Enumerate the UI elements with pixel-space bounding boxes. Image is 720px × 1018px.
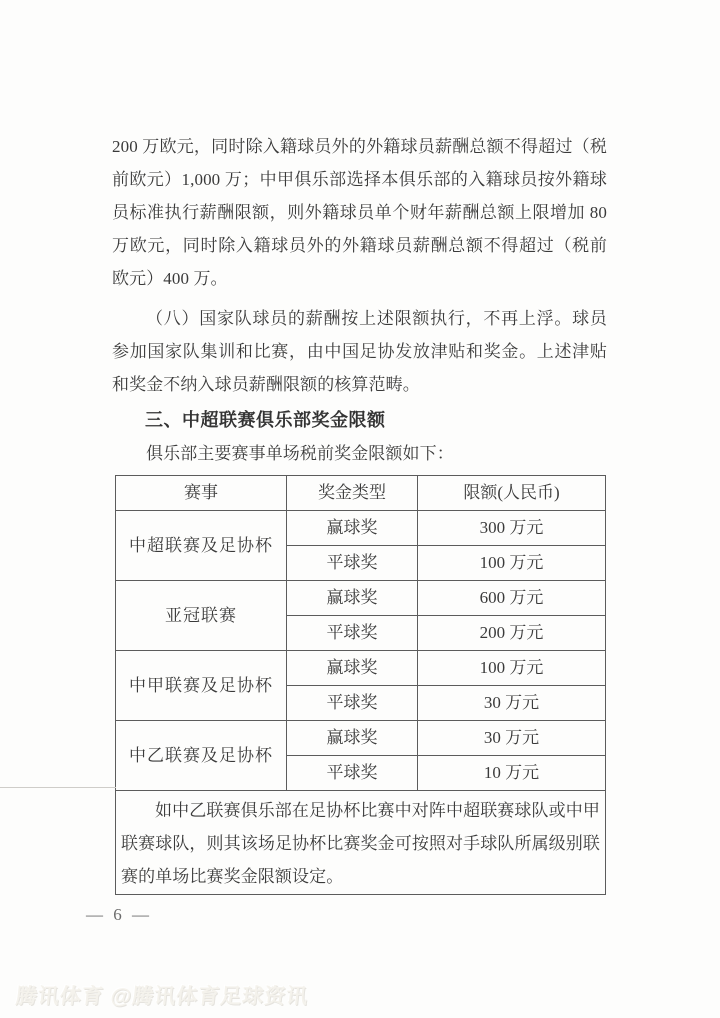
table-row: 中甲联赛及足协杯 赢球奖 100 万元	[116, 651, 606, 686]
column-header-limit: 限额(人民币)	[418, 476, 606, 511]
bonus-type-cell: 平球奖	[287, 756, 418, 791]
limit-cell: 600 万元	[418, 581, 606, 616]
bonus-type-cell: 赢球奖	[287, 651, 418, 686]
paragraph-national-team-salary: （八）国家队球员的薪酬按上述限额执行，不再上浮。球员参加国家队集训和比赛，由中国…	[112, 302, 607, 401]
event-cell-csl: 中超联赛及足协杯	[116, 511, 287, 581]
bonus-type-cell: 赢球奖	[287, 511, 418, 546]
limit-cell: 300 万元	[418, 511, 606, 546]
table-row: 中超联赛及足协杯 赢球奖 300 万元	[116, 511, 606, 546]
limit-cell: 10 万元	[418, 756, 606, 791]
limit-cell: 30 万元	[418, 686, 606, 721]
page-number: — 6 —	[86, 905, 152, 925]
table-row: 中乙联赛及足协杯 赢球奖 30 万元	[116, 721, 606, 756]
column-header-bonus-type: 奖金类型	[287, 476, 418, 511]
limit-cell: 100 万元	[418, 546, 606, 581]
event-cell-acl: 亚冠联赛	[116, 581, 287, 651]
limit-cell: 100 万元	[418, 651, 606, 686]
event-cell-league-two: 中乙联赛及足协杯	[116, 721, 287, 791]
scan-artifact-line	[0, 787, 116, 788]
paragraph-foreign-player-salary-cap: 200 万欧元，同时除入籍球员外的外籍球员薪酬总额不得超过（税前欧元）1,000…	[112, 130, 607, 295]
table-note-text: 如中乙联赛俱乐部在足协杯比赛中对阵中超联赛球队或中甲联赛球队，则其该场足协杯比赛…	[121, 794, 600, 893]
bonus-type-cell: 平球奖	[287, 616, 418, 651]
bonus-type-cell: 平球奖	[287, 686, 418, 721]
table-note-cell: 如中乙联赛俱乐部在足协杯比赛中对阵中超联赛球队或中甲联赛球队，则其该场足协杯比赛…	[116, 791, 606, 895]
bonus-type-cell: 赢球奖	[287, 581, 418, 616]
table-note-row: 如中乙联赛俱乐部在足协杯比赛中对阵中超联赛球队或中甲联赛球队，则其该场足协杯比赛…	[116, 791, 606, 895]
limit-cell: 200 万元	[418, 616, 606, 651]
bonus-type-cell: 平球奖	[287, 546, 418, 581]
bonus-type-cell: 赢球奖	[287, 721, 418, 756]
table-header-row: 赛事 奖金类型 限额(人民币)	[116, 476, 606, 511]
event-cell-league-one: 中甲联赛及足协杯	[116, 651, 287, 721]
table-intro-text: 俱乐部主要赛事单场税前奖金限额如下：	[112, 437, 607, 470]
document-page: 200 万欧元，同时除入籍球员外的外籍球员薪酬总额不得超过（税前欧元）1,000…	[0, 0, 720, 1018]
column-header-event: 赛事	[116, 476, 287, 511]
watermark-tencent-sports: 腾讯体育 @腾讯体育足球资讯	[14, 980, 309, 1010]
document-content: 200 万欧元，同时除入籍球员外的外籍球员薪酬总额不得超过（税前欧元）1,000…	[112, 130, 607, 895]
section-heading-bonus-limit: 三、中超联赛俱乐部奖金限额	[112, 404, 607, 436]
limit-cell: 30 万元	[418, 721, 606, 756]
bonus-limit-table: 赛事 奖金类型 限额(人民币) 中超联赛及足协杯 赢球奖 300 万元 平球奖 …	[115, 475, 606, 895]
table-row: 亚冠联赛 赢球奖 600 万元	[116, 581, 606, 616]
